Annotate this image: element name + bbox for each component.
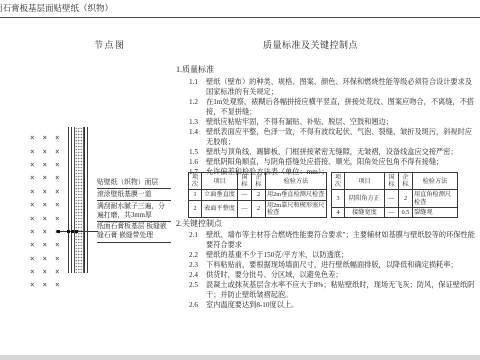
sheet-title-text: 石膏板基层面贴壁纸（织物） [3,3,114,13]
table-cell: 裂缝观 [413,207,458,217]
item-text: 壁纸应粘贴牢固，不得有漏贴、补贴、脱层、空鼓和翘边； [206,117,475,127]
item-number: 2.6 [189,300,206,310]
item-number: 2.2 [189,250,206,260]
deviation-table-left: 项次项目国标企标检验方法1立面垂直度—2用2m垂直检测尺检查2表面平整度—2用2… [188,172,327,218]
hatch-mark: × [39,158,52,171]
hatch-mark: × [26,171,39,184]
spec-item: 2.4供货时，要分批号、分区域，以避免色差； [189,270,475,280]
quality-standard-list: 1.1壁纸（壁布）的种类、规格、图案、颜色、环保和燃烧性能等级必须符合设计要求及… [189,77,475,177]
title-divider-line [0,17,480,18]
leader-dot [57,230,60,233]
document-page: 面石膏板基层面贴壁纸（织物） 节点图 质量标准及关键控制点 ××××××××××… [0,0,480,360]
hatch-mark: × [26,198,39,211]
table-cell: 3 [332,190,345,207]
table-header-row: 项次项目国标企标检验方法 [332,173,458,190]
table-header-cell: 检验方法 [413,173,458,190]
layer-label: 满刮耐水腻子三遍，分遍打磨，共3mm厚 [97,203,171,222]
hatch-mark: × [39,252,52,265]
table-header-cell: 企标 [399,173,413,190]
table-cell: 阴阳角方正 [345,190,385,207]
hatch-mark: × [51,265,64,278]
hatch-mark: × [51,171,64,184]
wall-hatch-pattern: ×××××××××××××××××××××××××××××××××××× [26,131,64,292]
item-number: 1.6 [189,157,206,167]
spec-item: 1.5壁纸与顶角线、踢脚板、门框拼接紧密无缝隙，无皱褶，设备线盒应交接严密； [189,147,475,157]
item-text: 混凝土或抹灰基层含水率不应大于8%；粘贴壁纸时，现场无飞灰；防风，保证壁纸阴干；… [206,280,475,300]
key-control-list: 2.1壁纸、墙布等主材符合燃烧性能要符合要求"；主要辅材如基膜与壁纸胶等的环保性… [189,230,475,310]
hatch-mark: × [39,198,52,211]
table-row: 2表面平整度—2用2m靠尺和楔形塞尺检查 [189,200,327,217]
table-cell: 接缝宽度 [345,207,385,217]
quality-control-heading: 质量标准及关键控制点 [263,38,358,51]
hatch-mark: × [26,265,39,278]
hatch-mark: × [26,225,39,238]
table-cell: 2 [189,200,202,217]
page-bottom-edge [0,355,480,360]
hatch-mark: × [51,158,64,171]
hatch-mark: × [39,144,52,157]
item-text: 壁纸的基重不少于150克/平方米，以防透底； [206,250,475,260]
table-header-row: 项次项目国标企标检验方法 [189,173,327,190]
putty-layer-band [74,127,84,273]
table-cell: 用直角检测尺检查 [413,190,458,207]
spec-item: 2.3下料粘贴前，要根据现场墙面尺寸，进行壁纸幅面排版，以降低和确定损耗率； [189,260,475,270]
item-number: 2.1 [189,230,206,250]
table-cell: 用2m垂直检测尺检查 [266,190,327,200]
hatch-mark: × [51,131,64,144]
deviation-table-right: 项次项目国标企标检验方法3阴阳角方正—2用直角检测尺检查4接缝宽度—0.5裂缝观 [331,172,458,218]
item-number: 1.5 [189,147,206,157]
table-cell: 4 [332,207,345,217]
table-cell: 2 [252,190,266,200]
hatch-mark: × [39,278,52,291]
table-row: 4接缝宽度—0.5裂缝观 [332,207,458,217]
table-header-cell: 国标 [238,173,252,190]
table-cell: — [385,207,399,217]
table-cell: 表面平整度 [202,200,238,217]
item-text: 下料粘贴前，要根据现场墙面尺寸，进行壁纸幅面排版，以降低和确定损耗率； [206,260,475,270]
wall-layer-line [68,127,69,273]
table-cell: — [238,190,252,200]
hatch-mark: × [51,185,64,198]
table-header-cell: 企标 [252,173,266,190]
item-number: 1.1 [189,77,206,97]
quality-standard-heading: 1.质量标准 [176,64,214,75]
hatch-mark: × [26,185,39,198]
wall-layer-line [84,127,85,273]
hatch-mark: × [26,252,39,265]
spec-item: 2.1壁纸、墙布等主材符合燃烧性能要符合要求"；主要辅材如基膜与壁纸胶等的环保性… [189,230,475,250]
item-number: 2.4 [189,270,206,280]
item-text: 壁纸、墙布等主材符合燃烧性能要符合要求"；主要辅材如基膜与壁纸胶等的环保性能要符… [206,230,475,250]
hatch-mark: × [26,144,39,157]
spec-item: 1.1壁纸（壁布）的种类、规格、图案、颜色、环保和燃烧性能等级必须符合设计要求及… [189,77,475,97]
item-text: 壁纸表面应平整，色泽一致，不得有波纹起伏、气泡、裂缝、皱折及斑污，斜视时应无胶痕… [206,127,475,147]
node-diagram-heading: 节点图 [94,38,126,51]
hatch-mark: × [51,211,64,224]
item-text: 在1m处观察，裱糊后各幅拼接应横平竖直，拼接处花纹、图案应吻合，不离缝，不搭接，… [206,97,475,117]
hatch-mark: × [39,211,52,224]
wall-layer-line [87,127,88,273]
drawing-layer-labels: 贴壁纸（织物）面层滚涂壁纸基膜一道满刮耐水腻子三遍，分遍打磨，共3mm厚纸面石膏… [97,179,171,244]
layer-label: 贴壁纸（织物）面层 [97,179,171,189]
hatch-mark: × [39,265,52,278]
leader-dot [75,230,78,233]
item-number: 2.5 [189,280,206,300]
item-number: 1.3 [189,117,206,127]
table-header-cell: 项目 [202,173,238,190]
hatch-mark: × [26,238,39,251]
table-cell: 0.5 [399,207,413,217]
table-header-cell: 项目 [345,173,385,190]
hatch-mark: × [26,158,39,171]
spec-item: 1.6壁纸阴阳角顺直，与阴角搭缝处应搭接、顺光，阳角处应包角不得有接缝； [189,157,475,167]
hatch-mark: × [39,238,52,251]
table-cell: 2 [399,190,413,207]
table-cell: — [385,190,399,207]
table-header-cell: 检验方法 [266,173,327,190]
hatch-mark: × [51,252,64,265]
spec-item: 1.3壁纸应粘贴牢固，不得有漏贴、补贴、脱层、空鼓和翘边； [189,117,475,127]
layer-label: 纸面石膏板基层 板缝嵌缝石膏 嵌缝带处理 [97,223,171,242]
hatch-mark: × [51,278,64,291]
hatch-mark: × [51,238,64,251]
table-cell: 立面垂直度 [202,190,238,200]
table-row: 3阴阳角方正—2用直角检测尺检查 [332,190,458,207]
item-number: 1.2 [189,97,206,117]
hatch-mark: × [39,185,52,198]
hatch-mark: × [39,225,52,238]
table-header-cell: 项次 [189,173,202,190]
item-number: 1.4 [189,127,206,147]
hatch-mark: × [51,198,64,211]
layer-label: 滚涂壁纸基膜一道 [97,191,171,201]
item-text: 壁纸与顶角线、踢脚板、门框拼接紧密无缝隙，无皱褶，设备线盒应交接严密； [206,147,475,157]
spec-item: 2.5混凝土或抹灰基层含水率不应大于8%；粘贴壁纸时，现场无飞灰；防风，保证壁纸… [189,280,475,300]
hatch-mark: × [39,171,52,184]
item-text: 壁纸（壁布）的种类、规格、图案、颜色、环保和燃烧性能等级必须符合设计要求及国家标… [206,77,475,97]
sheet-title: 面石膏板基层面贴壁纸（织物） [0,2,113,14]
table-row: 1立面垂直度—2用2m垂直检测尺检查 [189,190,327,200]
spec-item: 2.6室内温度要达到8-10度以上。 [189,300,475,310]
hatch-mark: × [51,144,64,157]
leader-dot [71,230,74,233]
spec-item: 1.2在1m处观察，裱糊后各幅拼接应横平竖直，拼接处花纹、图案应吻合，不离缝，不… [189,97,475,117]
sheet-title-bar: 面石膏板基层面贴壁纸（织物） [0,2,150,15]
spec-item: 1.4壁纸表面应平整，色泽一致，不得有波纹起伏、气泡、裂缝、皱折及斑污，斜视时应… [189,127,475,147]
item-number: 2.3 [189,260,206,270]
hatch-mark: × [39,131,52,144]
hatch-mark: × [26,211,39,224]
table-cell: 1 [189,190,202,200]
table-cell: — [238,200,252,217]
hatch-mark: × [26,278,39,291]
deviation-table-group: 项次项目国标企标检验方法1立面垂直度—2用2m垂直检测尺检查2表面平整度—2用2… [188,172,458,218]
table-header-cell: 国标 [385,173,399,190]
item-text: 供货时，要分批号、分区域，以避免色差； [206,270,475,280]
key-control-heading: 2.关键控制点 [176,218,222,229]
table-cell: 用2m靠尺和楔形塞尺检查 [266,200,327,217]
item-text: 室内温度要达到8-10度以上。 [206,300,475,310]
hatch-mark: × [26,131,39,144]
spec-item: 2.2壁纸的基重不少于150克/平方米，以防透底； [189,250,475,260]
wall-layer-line [71,127,72,273]
item-text: 壁纸阴阳角顺直，与阴角搭缝处应搭接、顺光，阳角处应包角不得有接缝； [206,157,475,167]
table-cell: 2 [252,200,266,217]
table-header-cell: 项次 [332,173,345,190]
leader-dot [67,230,70,233]
